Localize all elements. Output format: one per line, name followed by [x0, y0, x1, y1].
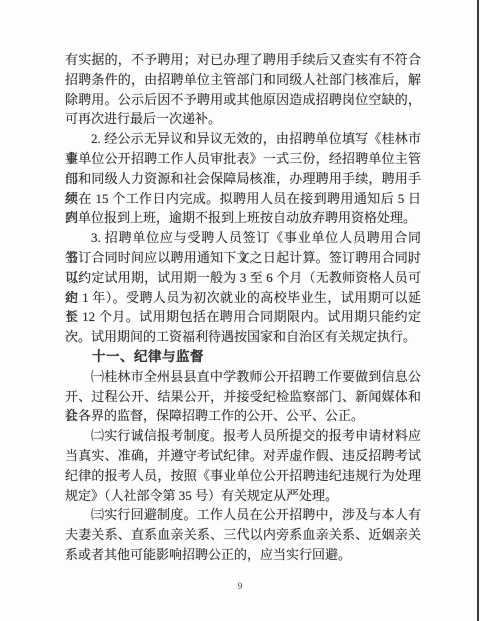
text-line: 规定》（人社部令第 35 号）有关规定从严处理。 — [65, 486, 421, 506]
text-line: 系或者其他可能影响招聘公正的，应当实行回避。 — [65, 545, 421, 565]
text-line: 夫妻关系、直系血亲关系、三代以内旁系血亲关系、近姻亲关 — [65, 525, 421, 545]
document-page: 有实据的，不予聘用；对已办理了聘用手续后又查实有不符合招聘条件的，由招聘单位主管… — [0, 0, 480, 621]
text-line: ㈠桂林市全州县县直中学教师公开招聘工作要做到信息公 — [65, 367, 421, 387]
text-line: ㈢实行回避制度。工作人员在公开招聘中，涉及与本人有 — [65, 505, 421, 525]
text-line: 业单位公开招聘工作人员审批表》一式三份，经招聘单位主管部 — [65, 149, 421, 169]
document-body: 有实据的，不予聘用；对已办理了聘用手续后又查实有不符合招聘条件的，由招聘单位主管… — [65, 50, 421, 565]
text-line: 有实据的，不予聘用；对已办理了聘用手续后又查实有不符合 — [65, 50, 421, 70]
text-line: 开、过程公开、结果公开，并接受纪检监察部门、新闻媒体和社 — [65, 387, 421, 407]
text-line: 至 12 个月。试用期包括在聘用合同期限内。试用期只能约定一 — [65, 307, 421, 327]
text-line: 纪律的报考人员，按照《事业单位公开招聘违纪违规行为处理 — [65, 466, 421, 486]
scan-edge-line — [477, 0, 479, 621]
text-line: ㈡实行诚信报考制度。报考人员所提交的报考申请材料应 — [65, 426, 421, 446]
text-line: 3. 招聘单位应与受聘人员签订《事业单位人员聘用合同书》。 — [65, 228, 421, 248]
page-number: 9 — [0, 582, 480, 592]
text-line: 当真实、准确，并遵守考试纪律。对弄虚作假、违反招聘考试 — [65, 446, 421, 466]
text-line: 除聘用。公示后因不予聘用或其他原因造成招聘岗位空缺的， — [65, 90, 421, 110]
text-line: 以约定试用期，试用期一般为 3 至 6 个月（无教师资格人员可约 — [65, 268, 421, 288]
text-line: 定 1 年）。受聘人员为初次就业的高校毕业生，试用期可以延长 — [65, 288, 421, 308]
text-line: 次。试用期间的工资福利待遇按国家和自治区有关规定执行。 — [65, 327, 421, 347]
text-line: 十一、纪律与监督 — [65, 347, 421, 367]
text-line: 可再次进行最后一次递补。 — [65, 109, 421, 129]
text-line: 会各界的监督，保障招聘工作的公开、公平、公正。 — [65, 406, 421, 426]
text-line: 到单位报到上班，逾期不报到上班按自动放弃聘用资格处理。 — [65, 208, 421, 228]
text-line: 签订合同时间应以聘用通知下文之日起计算。签订聘用合同时可 — [65, 248, 421, 268]
text-line: 须在 15 个工作日内完成。拟聘用人员在接到聘用通知后 5 日内 — [65, 189, 421, 209]
text-line: 门和同级人力资源和社会保障局核准，办理聘用手续，聘用手续 — [65, 169, 421, 189]
text-line: 2. 经公示无异议和异议无效的，由招聘单位填写《桂林市事 — [65, 129, 421, 149]
text-line: 招聘条件的，由招聘单位主管部门和同级人社部门核准后，解 — [65, 70, 421, 90]
